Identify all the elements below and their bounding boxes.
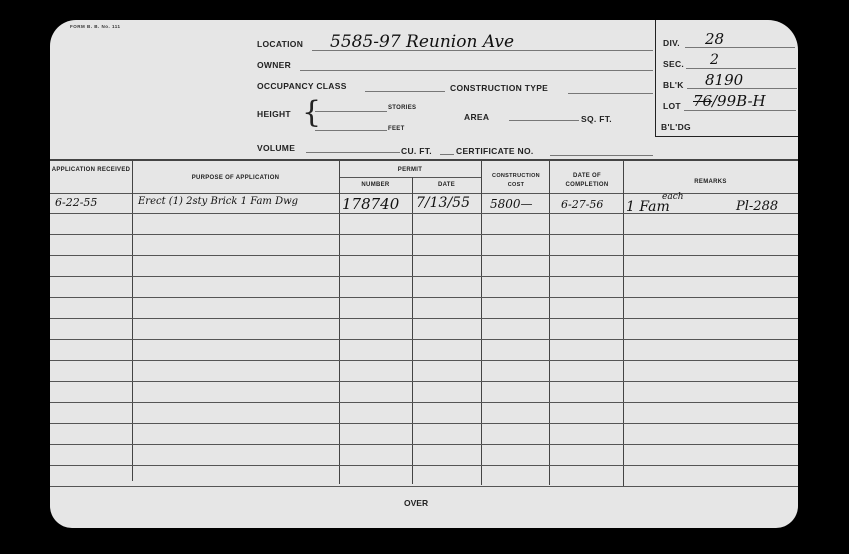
owner-line — [300, 70, 653, 71]
side-box-bottom — [655, 136, 798, 137]
div-label: DIV. — [663, 38, 680, 48]
header-permit-date: DATE — [412, 181, 481, 190]
blk-value: 8190 — [705, 71, 743, 89]
cell-application-received: 6-22-55 — [55, 196, 97, 209]
col-divider-6 — [623, 159, 624, 486]
row-line — [50, 444, 798, 445]
header-date-of-completion: DATE OF COMPLETION — [554, 172, 620, 190]
row-line — [50, 213, 798, 214]
side-box-divider — [655, 20, 656, 137]
row-line — [50, 381, 798, 382]
col-divider-3 — [412, 177, 413, 484]
row-line — [50, 297, 798, 298]
occupancy-class-label: OCCUPANCY CLASS — [257, 81, 347, 91]
stories-label: STORIES — [388, 105, 416, 111]
occupancy-class-line — [365, 91, 445, 92]
row-line — [50, 465, 798, 466]
row-line — [50, 486, 798, 487]
area-label: AREA — [464, 112, 489, 122]
div-value: 28 — [705, 30, 724, 48]
lot-value: /99B-H — [712, 92, 766, 110]
header-permit-number: NUMBER — [339, 181, 412, 190]
cell-purpose: Erect (1) 2sty Brick 1 Fam Dwg — [138, 196, 298, 207]
lot-line — [684, 110, 796, 111]
permit-subheader-line — [339, 177, 481, 178]
row-line — [50, 255, 798, 256]
cell-construction-cost: 5800— — [490, 197, 533, 211]
cell-date-of-completion: 6-27-56 — [561, 198, 603, 211]
certificate-no-line — [550, 155, 653, 156]
sec-value: 2 — [710, 52, 719, 68]
volume-label: VOLUME — [257, 143, 295, 153]
feet-label: FEET — [388, 126, 405, 132]
location-value: 5585-97 Reunion Ave — [330, 32, 514, 52]
lot-label: LOT — [663, 101, 681, 111]
table-top-border — [50, 159, 798, 161]
row-line — [50, 360, 798, 361]
header-bottom-line — [50, 193, 798, 194]
sec-label: SEC. — [663, 59, 684, 69]
blk-label: BL'K — [663, 80, 684, 90]
cell-permit-date: 7/13/55 — [416, 195, 470, 211]
building-permit-card: FORM B. B. No. 111 LOCATION 5585-97 Reun… — [50, 20, 798, 528]
col-divider-1 — [132, 159, 133, 481]
col-divider-5 — [549, 159, 550, 485]
cell-permit-number: 178740 — [342, 195, 399, 213]
col-divider-4 — [481, 159, 482, 485]
feet-line — [315, 130, 387, 131]
row-line — [50, 234, 798, 235]
lot-struck-value: 76 — [693, 92, 712, 110]
area-line — [509, 120, 579, 121]
row-line — [50, 423, 798, 424]
certificate-no-label: CERTIFICATE NO. — [456, 146, 534, 156]
sec-line — [686, 68, 796, 69]
div-line — [685, 47, 795, 48]
height-label: HEIGHT — [257, 109, 291, 119]
col-divider-2 — [339, 159, 340, 484]
construction-type-line — [568, 93, 653, 94]
stories-line — [315, 111, 387, 112]
over-label: OVER — [404, 498, 428, 508]
cell-remarks-superscript: each — [662, 192, 684, 202]
row-line — [50, 402, 798, 403]
header-application-received: APPLICATION RECEIVED — [50, 166, 132, 175]
brace-icon: { — [302, 98, 321, 128]
bldg-label: B'L'DG — [661, 122, 691, 132]
construction-type-label: CONSTRUCTION TYPE — [450, 83, 548, 93]
owner-label: OWNER — [257, 60, 291, 70]
volume-line — [306, 152, 400, 153]
header-remarks: REMARKS — [623, 178, 798, 187]
form-number: FORM B. B. No. 111 — [70, 24, 121, 29]
header-permit: PERMIT — [339, 166, 481, 175]
cu-ft-spacer-line — [440, 154, 454, 155]
row-line — [50, 276, 798, 277]
cell-remarks-reference: Pl-288 — [736, 199, 778, 214]
row-line — [50, 318, 798, 319]
header-construction-cost: CONSTRUCTION COST — [486, 172, 546, 190]
location-label: LOCATION — [257, 39, 303, 49]
area-unit: SQ. FT. — [581, 114, 612, 124]
header-purpose: PURPOSE OF APPLICATION — [132, 174, 339, 183]
row-line — [50, 339, 798, 340]
volume-unit: CU. FT. — [401, 146, 432, 156]
